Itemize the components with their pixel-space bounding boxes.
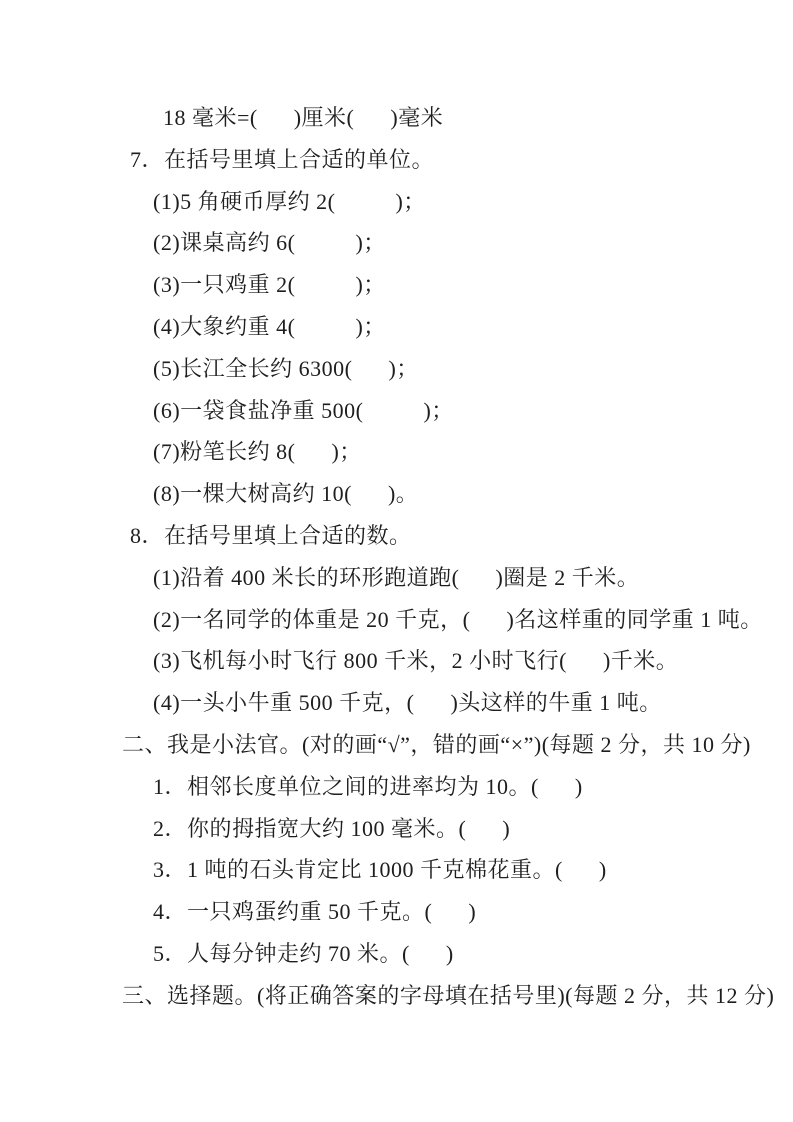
- fill-blank-18mm-line: 18 毫米=( )厘米( )毫米: [0, 104, 793, 146]
- q7-item-7: (7)粉笔长约 8( )；: [0, 438, 793, 480]
- q8-item-4: (4)一头小牛重 500 千克，( )头这样的牛重 1 吨。: [0, 689, 793, 731]
- section-3-title: 三、选择题。(将正确答案的字母填在括号里)(每题 2 分，共 12 分): [0, 982, 793, 1024]
- section-2-item-2: 2．你的拇指宽大约 100 毫米。( ): [0, 815, 793, 857]
- q8-item-2: (2)一名同学的体重是 20 千克，( )名这样重的同学重 1 吨。: [0, 606, 793, 648]
- section-2-item-3: 3．1 吨的石头肯定比 1000 千克棉花重。( ): [0, 856, 793, 898]
- section-2-item-1: 1．相邻长度单位之间的进率均为 10。( ): [0, 773, 793, 815]
- section-2-item-5: 5．人每分钟走约 70 米。( ): [0, 940, 793, 982]
- question-7-title: 7．在括号里填上合适的单位。: [0, 146, 793, 188]
- section-2-item-4: 4．一只鸡蛋约重 50 千克。( ): [0, 898, 793, 940]
- q7-item-4: (4)大象约重 4( )；: [0, 313, 793, 355]
- q8-item-1: (1)沿着 400 米长的环形跑道跑( )圈是 2 千米。: [0, 564, 793, 606]
- worksheet-page: 18 毫米=( )厘米( )毫米 7．在括号里填上合适的单位。 (1)5 角硬币…: [0, 0, 793, 1122]
- q7-item-1: (1)5 角硬币厚约 2( )；: [0, 188, 793, 230]
- question-8-title: 8．在括号里填上合适的数。: [0, 522, 793, 564]
- q7-item-6: (6)一袋食盐净重 500( )；: [0, 397, 793, 439]
- q7-item-2: (2)课桌高约 6( )；: [0, 229, 793, 271]
- q7-item-8: (8)一棵大树高约 10( )。: [0, 480, 793, 522]
- q7-item-5: (5)长江全长约 6300( )；: [0, 355, 793, 397]
- q7-item-3: (3)一只鸡重 2( )；: [0, 271, 793, 313]
- q8-item-3: (3)飞机每小时飞行 800 千米，2 小时飞行( )千米。: [0, 647, 793, 689]
- section-2-title: 二、我是小法官。(对的画“√”，错的画“×”)(每题 2 分，共 10 分): [0, 731, 793, 773]
